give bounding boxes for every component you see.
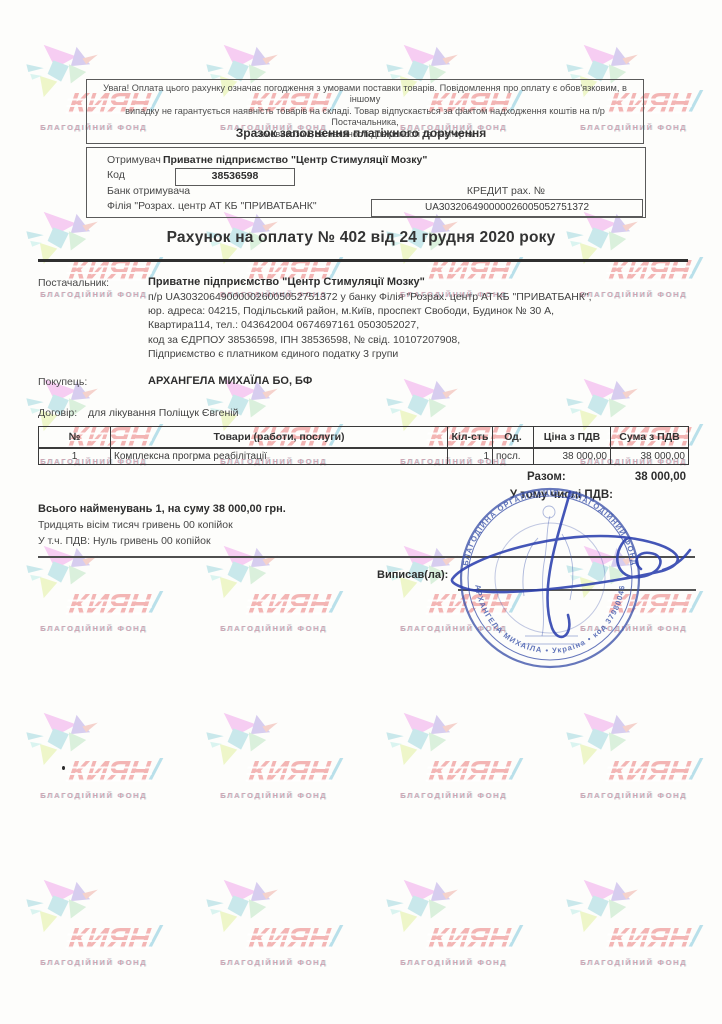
round-stamp: БЛАГОДІЙНА ОРГАНІЗАЦІЯ • БЛАГОДІЙНИЙ ФОН… (420, 468, 710, 703)
supplier-tax-line: Підприємство є платником єдиного податку… (148, 347, 592, 361)
col-header-price: Ціна з ПДВ (534, 427, 611, 449)
col-header-unit: Од. (493, 427, 534, 449)
invoice-title: Рахунок на оплату № 402 від 24 грудня 20… (0, 229, 722, 247)
supplier-address-line: юр. адреса: 04215, Подільський район, м.… (148, 304, 592, 318)
supplier-name: Приватне підприємство "Центр Стимуляції … (148, 276, 425, 288)
buyer-value: АРХАНГЕЛА МИХАЇЛА БО, БФ (148, 375, 312, 387)
vat-in-words: У т.ч. ПДВ: Нуль гривень 00 копійок (38, 535, 211, 547)
supplier-phone-line: Квартира114, тел.: 043642004 0674697161 … (148, 318, 592, 332)
warning-line-1: Увага! Оплата цього рахунку означає пого… (91, 83, 639, 106)
scan-speck (62, 766, 65, 770)
recipient-value: Приватне підприємство "Центр Стимуляції … (163, 154, 427, 166)
item-price: 38 000,00 (534, 448, 611, 465)
items-table-header-row: № Товари (работи, послуги) Кіл-сть Од. Ц… (39, 427, 689, 449)
col-header-num: № (39, 427, 111, 449)
col-header-sum: Сума з ПДВ (611, 427, 689, 449)
table-row: 1 Комплексна прогрма реабілітації 1 посл… (39, 448, 689, 465)
supplier-label: Постачальник: (38, 277, 109, 289)
title-rule (38, 259, 688, 262)
item-sum: 38 000,00 (611, 448, 689, 465)
recipient-bank-label: Банк отримувача (107, 185, 190, 197)
credit-account-label: КРЕДИТ рах. № (371, 185, 641, 197)
invoice-page: КИЯНБЛАГОДІЙНИЙ ФОНДКИЯНБЛАГОДІЙНИЙ ФОНД… (0, 0, 722, 1024)
bank-branch-value: Філія "Розрах. центр АТ КБ "ПРИВАТБАНК" (107, 200, 317, 212)
item-unit: посл. (493, 448, 534, 465)
stamp-ring-text-top: БЛАГОДІЙНА ОРГАНІЗАЦІЯ • БЛАГОДІЙНИЙ ФОН… (461, 488, 639, 567)
supplier-account-line: п/р UA303206490000026005052751372 у банк… (148, 290, 592, 304)
recipient-details-box: Отримувач Приватне підприємство "Центр С… (86, 147, 646, 218)
amount-in-words: Тридцять вісім тисяч гривень 00 копійок (38, 519, 233, 531)
col-header-qty: Кіл-сть (448, 427, 493, 449)
item-name: Комплексна прогрма реабілітації (111, 448, 448, 465)
recipient-code-label: Код (107, 169, 125, 181)
totals-summary-line: Всього найменувань 1, на суму 38 000,00 … (38, 503, 286, 515)
items-table: № Товари (работи, послуги) Кіл-сть Од. Ц… (38, 426, 689, 465)
supplier-codes-line: код за ЄДРПОУ 38536598, ІПН 38536598, № … (148, 333, 592, 347)
credit-account-iban: UA303206490000026005052751372 (371, 199, 643, 217)
recipient-label: Отримувач (107, 154, 161, 166)
recipient-code-value: 38536598 (175, 168, 295, 186)
col-header-goods: Товари (работи, послуги) (111, 427, 448, 449)
contract-label: Договір: (38, 407, 77, 419)
contract-value: для лікування Поліщук Євгеній (88, 407, 238, 419)
payment-order-sample-title: Зразок заповнення платіжного доручення (0, 126, 722, 140)
item-num: 1 (39, 448, 111, 465)
item-qty: 1 (448, 448, 493, 465)
supplier-details: п/р UA303206490000026005052751372 у банк… (148, 290, 592, 361)
buyer-label: Покупець: (38, 376, 87, 388)
